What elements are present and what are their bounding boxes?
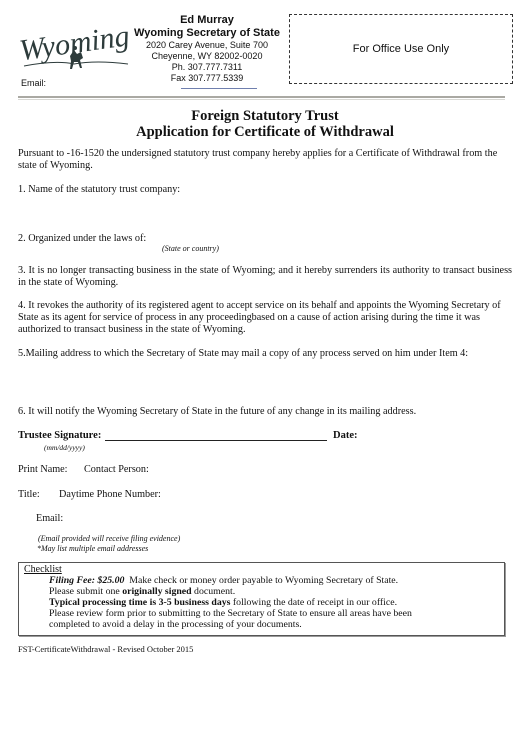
item-4-revoke-agent: 4. It revokes the authority of its regis… [18, 300, 512, 336]
phone-number: Ph. 307.777.7311 [132, 62, 282, 73]
processing-time: Typical processing time is 3-5 business … [49, 597, 230, 608]
checklist-review-line2: completed to avoid a delay in the proces… [49, 619, 302, 630]
signed-bold: originally signed [122, 586, 191, 597]
form-subtitle: Application for Certificate of Withdrawa… [0, 124, 530, 141]
office-title: Wyoming Secretary of State [132, 27, 282, 40]
address-line1: 2020 Carey Avenue, Suite 700 [132, 40, 282, 51]
state-or-country-hint: (State or country) [162, 244, 219, 253]
header-divider-shadow [18, 99, 505, 100]
fax-number: Fax 307.777.5339 [132, 73, 282, 84]
date-format-hint: (mm/dd/yyyy) [44, 443, 85, 452]
form-title: Foreign Statutory Trust [0, 108, 530, 125]
form-revision-footer: FST-CertificateWithdrawal - Revised Octo… [18, 644, 193, 654]
daytime-phone-label: Daytime Phone Number: [59, 489, 161, 501]
checklist-processing-time: Typical processing time is 3-5 business … [49, 597, 397, 608]
filing-fee-instructions: Make check or money order payable to Wyo… [124, 575, 398, 586]
processing-rest: following the date of receipt in our off… [230, 597, 397, 608]
bucking-horse-logo-icon: Wyoming [16, 20, 134, 82]
item-3-surrender: 3. It is no longer transacting business … [18, 265, 512, 289]
item-1-trust-name: 1. Name of the statutory trust company: [18, 184, 180, 196]
checklist-filing-fee: Filing Fee: $25.00 Make check or money o… [49, 575, 398, 586]
checklist-review-line1: Please review form prior to submitting t… [49, 608, 412, 619]
header-divider [18, 96, 505, 98]
multiple-emails-hint: *May list multiple email addresses [37, 544, 148, 553]
checklist-title: Checklist [24, 564, 62, 575]
secretary-of-state-block: Ed Murray Wyoming Secretary of State 202… [132, 14, 282, 84]
signed-pre: Please submit one [49, 586, 122, 597]
signed-post: document. [192, 586, 236, 597]
item-5-mailing-address: 5.Mailing address to which the Secretary… [18, 348, 468, 360]
email-evidence-hint: (Email provided will receive filing evid… [38, 534, 180, 543]
header-email-label: Email: [21, 78, 46, 88]
official-name: Ed Murray [132, 14, 282, 27]
date-label: Date: [333, 430, 358, 441]
signature-line[interactable] [105, 440, 327, 441]
office-use-box: For Office Use Only [289, 14, 513, 84]
item-6-notify: 6. It will notify the Wyoming Secretary … [18, 406, 416, 418]
office-use-label: For Office Use Only [353, 43, 449, 55]
checklist-original-signed: Please submit one originally signed docu… [49, 586, 235, 597]
email-link-underline[interactable] [181, 88, 257, 89]
filing-fee-amount: Filing Fee: $25.00 [49, 575, 124, 586]
intro-paragraph: Pursuant to -16-1520 the undersigned sta… [18, 148, 498, 172]
address-line2: Cheyenne, WY 82002-0020 [132, 51, 282, 62]
trustee-signature-label: Trustee Signature: [18, 430, 101, 441]
wyoming-logo: Wyoming [16, 20, 134, 82]
email-label: Email: [36, 513, 63, 525]
title-label: Title: [18, 489, 40, 501]
item-2-organized-under: 2. Organized under the laws of: [18, 233, 146, 245]
print-name-label: Print Name: [18, 464, 68, 476]
contact-person-label: Contact Person: [84, 464, 149, 476]
